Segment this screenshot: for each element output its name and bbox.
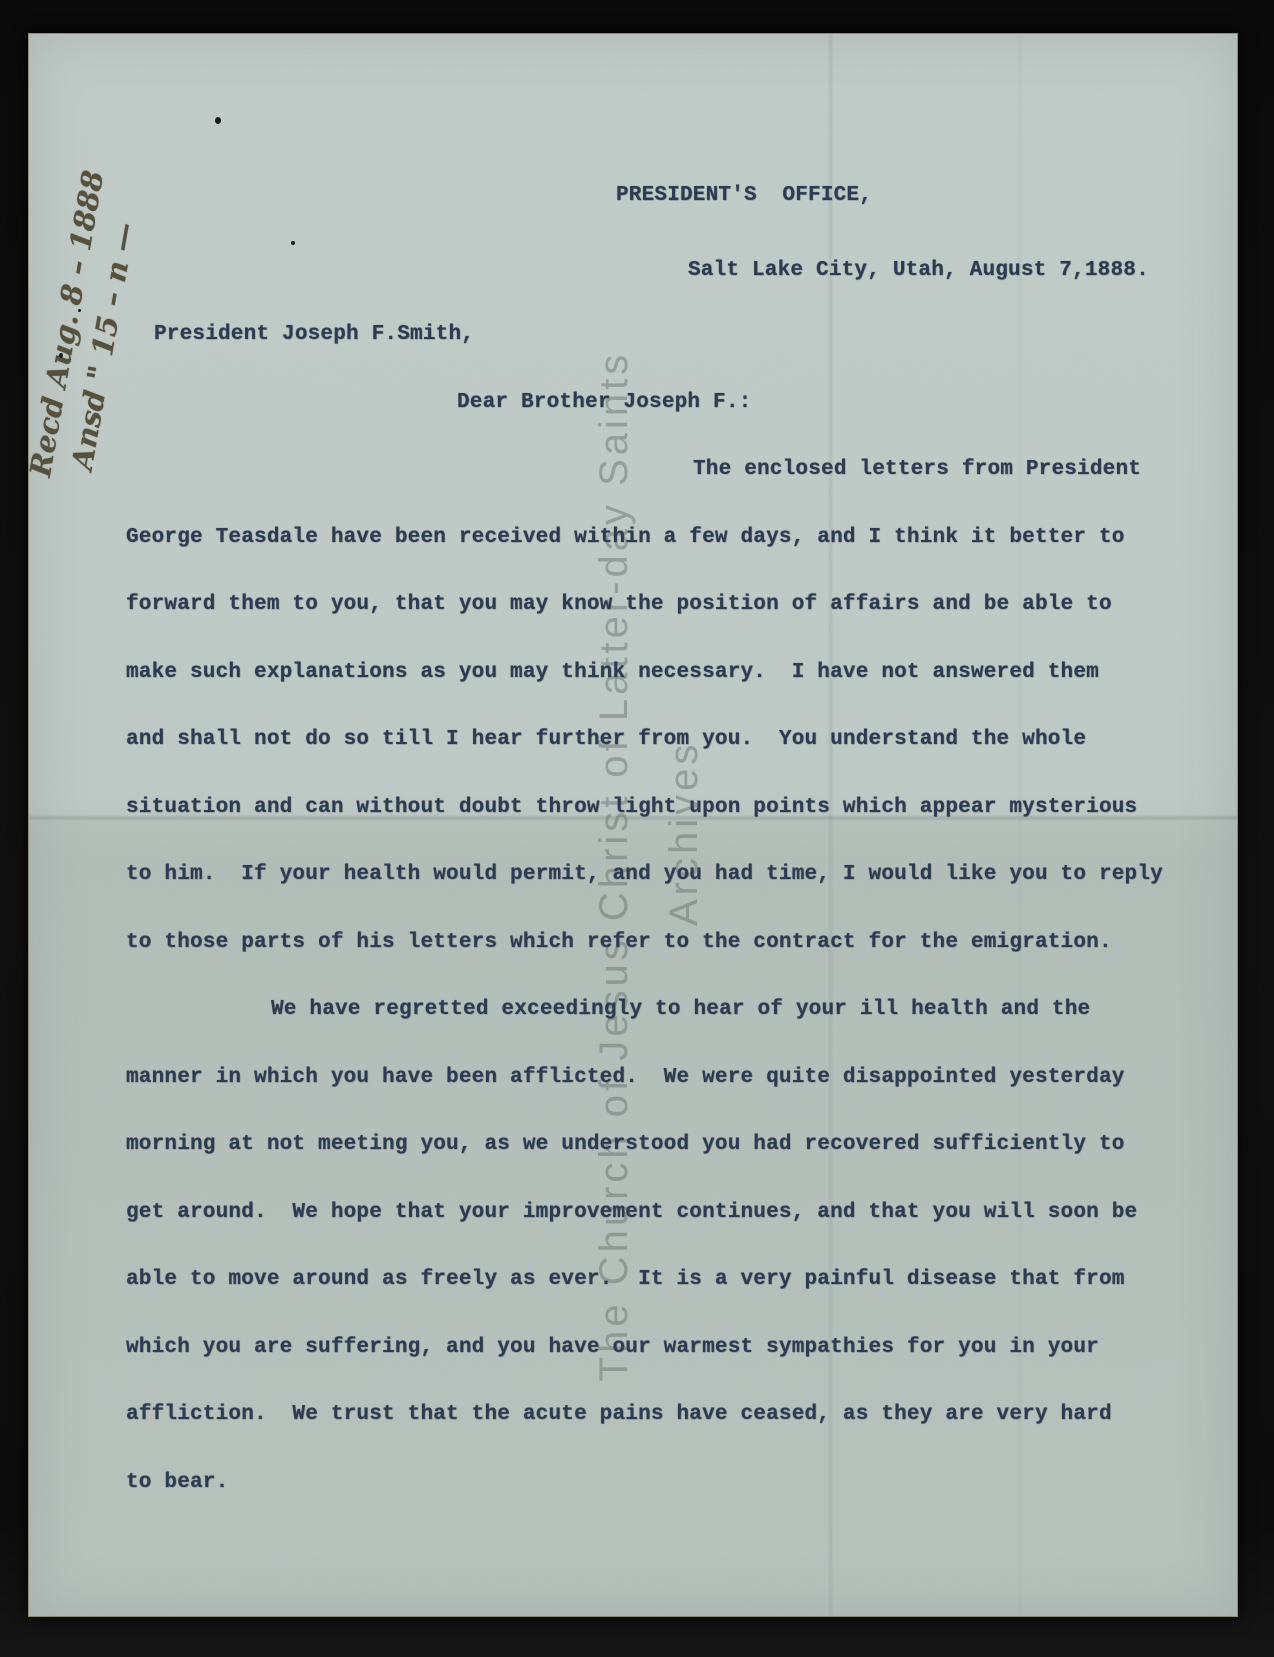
salutation-line: Dear Brother Joseph F.:: [126, 391, 1163, 459]
body-line: and shall not do so till I hear further …: [126, 728, 1163, 796]
addressee-line: President Joseph F.Smith,: [126, 323, 1163, 391]
body-line: to him. If your health would permit, and…: [126, 863, 1163, 931]
body-line: George Teasdale have been received withi…: [126, 526, 1163, 594]
body-line: The enclosed letters from President: [126, 458, 1163, 526]
body-line: to those parts of his letters which refe…: [126, 931, 1163, 999]
body-line: situation and can without doubt throw li…: [126, 796, 1163, 864]
body-line: forward them to you, that you may know t…: [126, 593, 1163, 661]
body-line: to bear.: [126, 1471, 1163, 1539]
ink-speck: [291, 241, 295, 245]
dateline: Salt Lake City, Utah, August 7,1888.: [688, 259, 1149, 282]
body-line: We have regretted exceedingly to hear of…: [126, 998, 1163, 1066]
letter-paper: The Church of Jesus Christ of Latter-day…: [28, 33, 1238, 1617]
body-line: able to move around as freely as ever. I…: [126, 1268, 1163, 1336]
scan-background: The Church of Jesus Christ of Latter-day…: [0, 0, 1274, 1657]
body-line: make such explanations as you may think …: [126, 661, 1163, 729]
letter-body: President Joseph F.Smith, Dear Brother J…: [126, 323, 1163, 1538]
ink-speck: [215, 117, 221, 124]
body-line: morning at not meeting you, as we unders…: [126, 1133, 1163, 1201]
body-line: which you are suffering, and you have ou…: [126, 1336, 1163, 1404]
ink-speck: [59, 353, 63, 358]
body-line: manner in which you have been afflicted.…: [126, 1066, 1163, 1134]
body-line: get around. We hope that your improvemen…: [126, 1201, 1163, 1269]
body-line: affliction. We trust that the acute pain…: [126, 1403, 1163, 1471]
ink-speck: [78, 309, 81, 312]
letterhead-office-line: PRESIDENT'S OFFICE,: [616, 184, 872, 207]
